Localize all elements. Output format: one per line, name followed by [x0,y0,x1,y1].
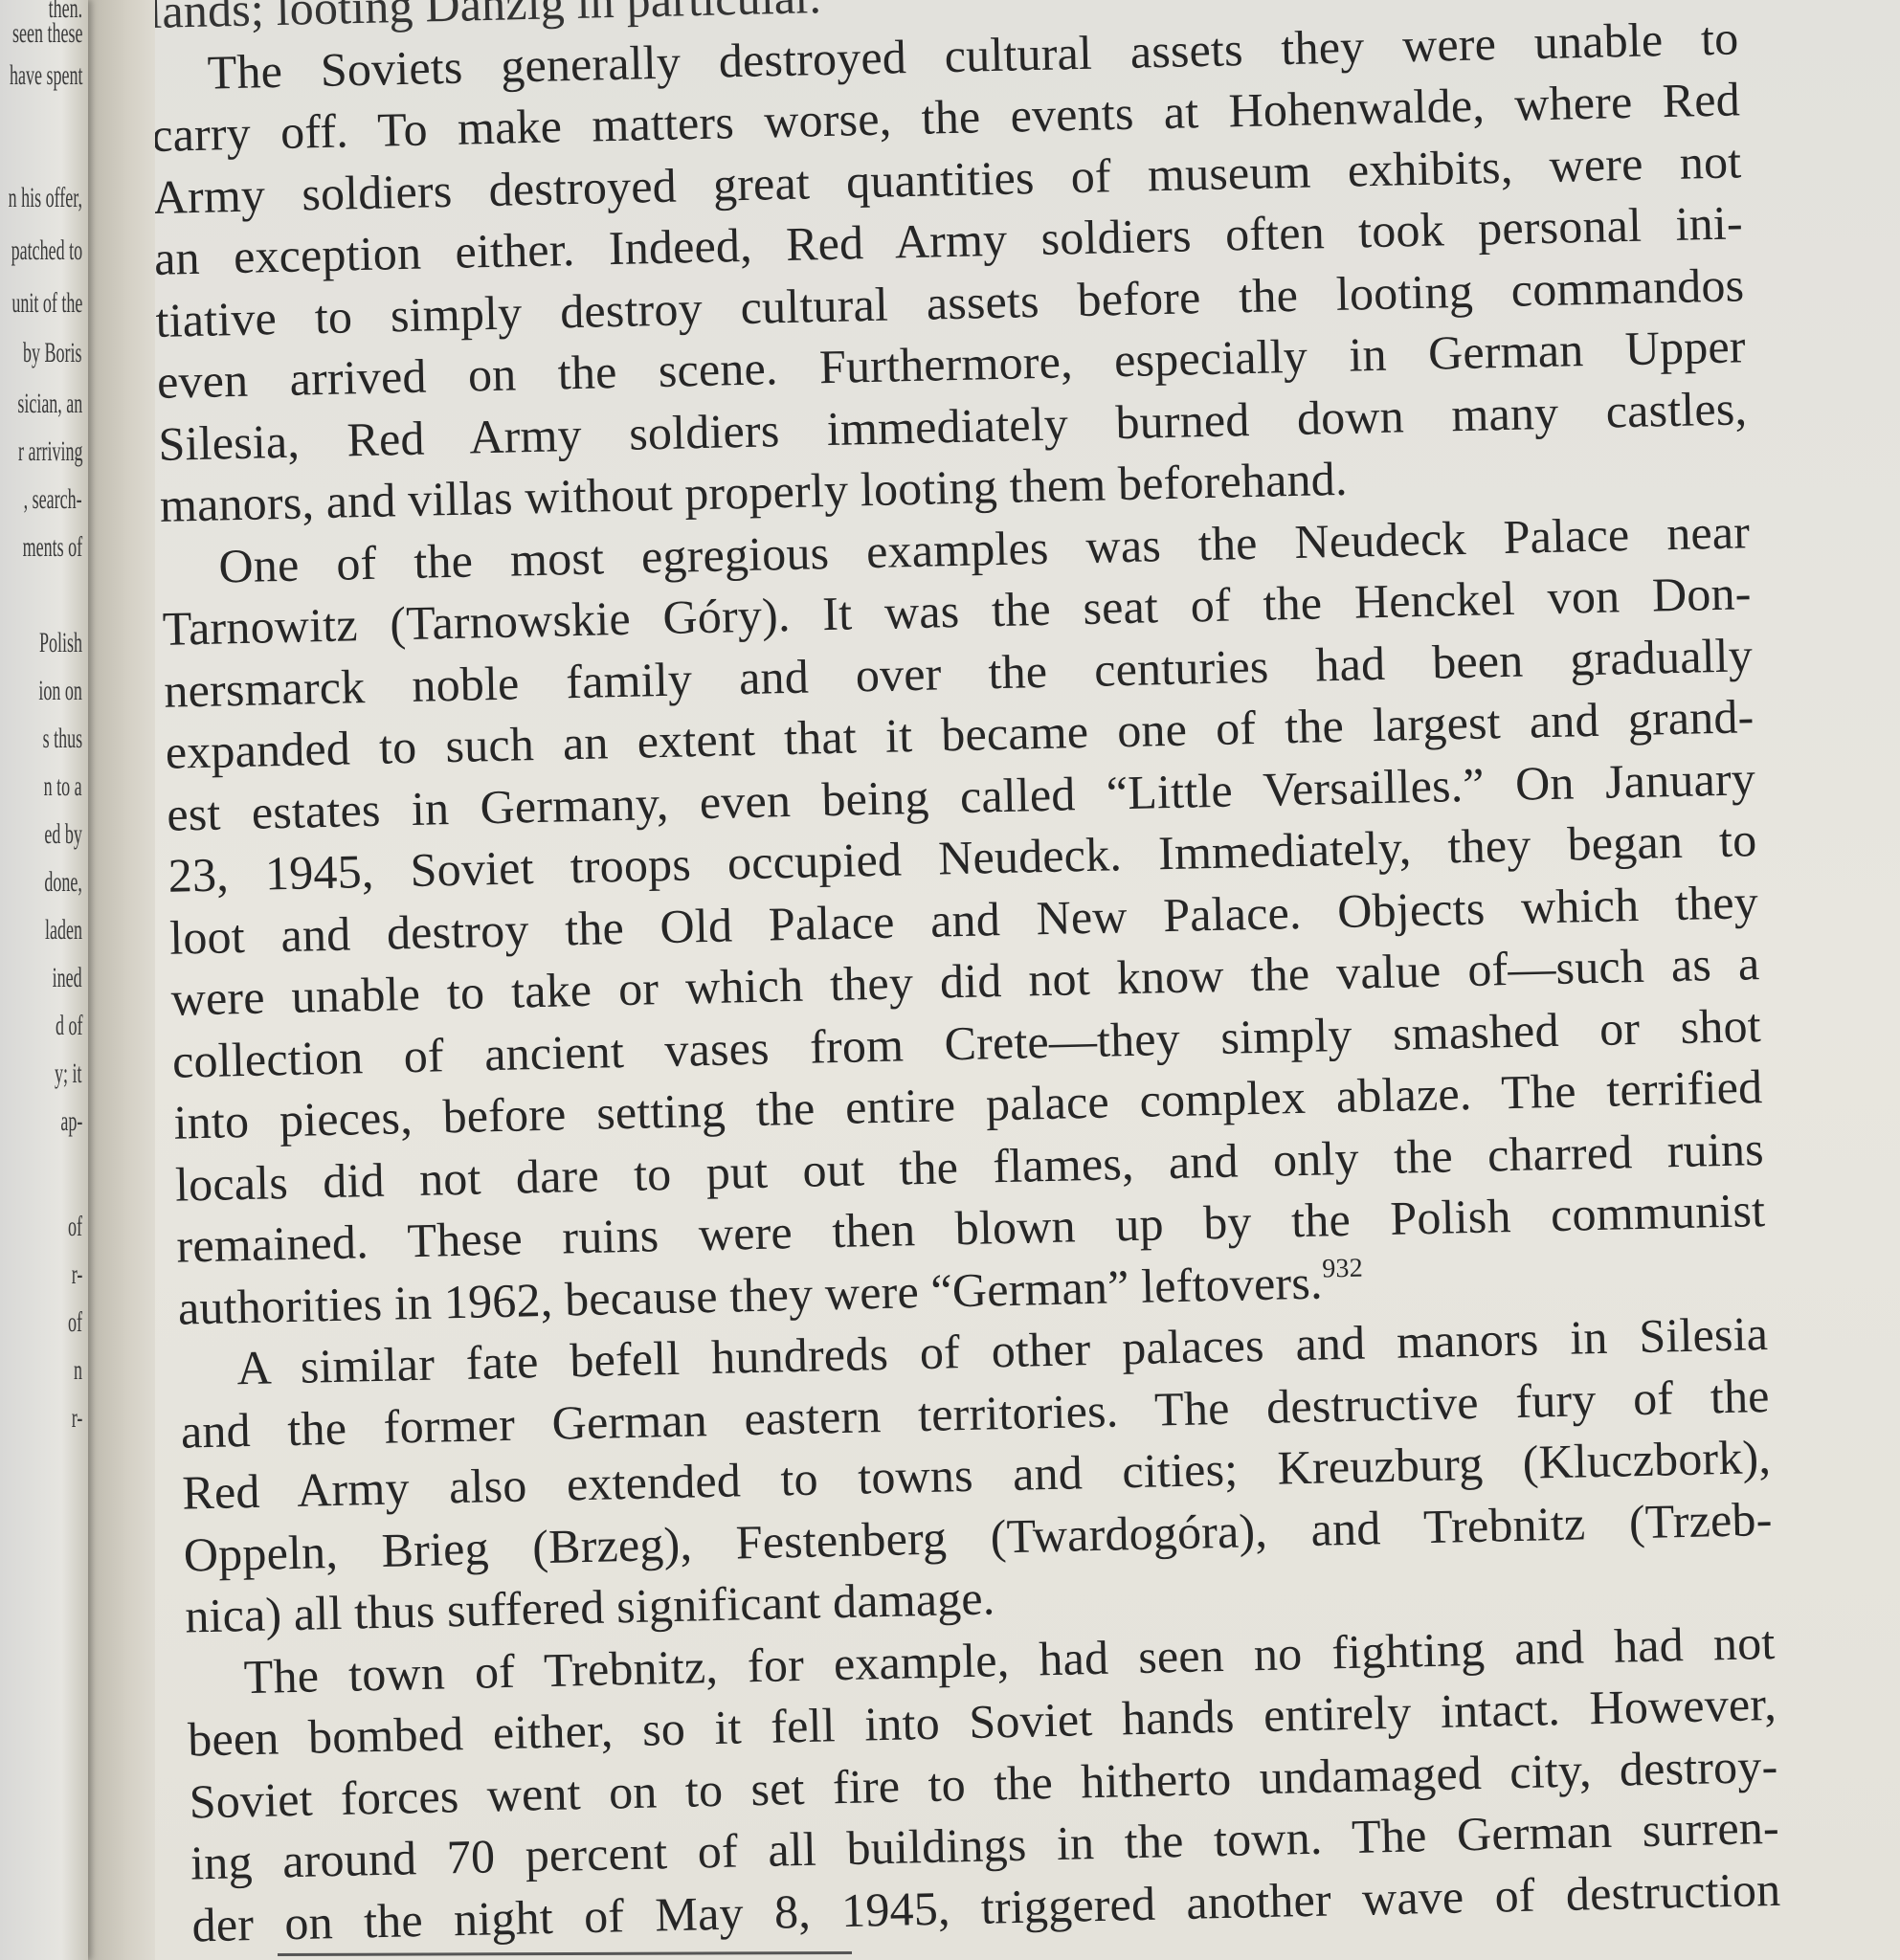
left-page-fragment: laden [45,914,82,947]
left-page-fragment: ined [53,962,82,994]
left-page-fragment: of [68,1211,82,1243]
left-page-fragment: ion on [38,675,82,707]
left-page-fragment: sician, an [17,388,82,420]
left-page-fragment: ed by [45,818,82,851]
left-page-fragment: ments of [23,531,82,564]
left-page-fragment: r- [71,1402,82,1435]
left-page-fragment: unit of the [11,287,82,320]
left-page-fragment: , search- [24,483,82,516]
footnote-marker: 932 [1322,1253,1363,1283]
left-page-fragment: n to a [44,770,82,803]
left-page-fragment: r arriving [18,435,82,468]
left-page-fragment: of [68,1306,82,1339]
left-page-fragment: patched to [11,234,82,267]
left-page-fragment: s thus [42,723,82,755]
book-gutter [88,0,155,1960]
left-page-fragment: by Boris [23,337,82,369]
left-page-fragment: r- [71,1258,82,1291]
left-page-fragment: Polish [39,627,82,659]
left-page-fragment: y; it [55,1058,82,1090]
body-text: lands; looting Danzig in particular. The… [148,0,1781,1955]
left-page-fragment: done, [45,866,82,899]
left-page-edge: then. seen these have spent n his offer,… [0,0,88,1960]
left-page-fragment: d of [56,1010,83,1042]
left-page-fragment: have spent [10,59,82,92]
left-page-fragment: ap- [60,1105,82,1138]
left-page-fragment: n [74,1354,82,1387]
left-page-fragment: n his offer, [9,182,82,214]
left-page-fragment: seen these [12,17,82,50]
